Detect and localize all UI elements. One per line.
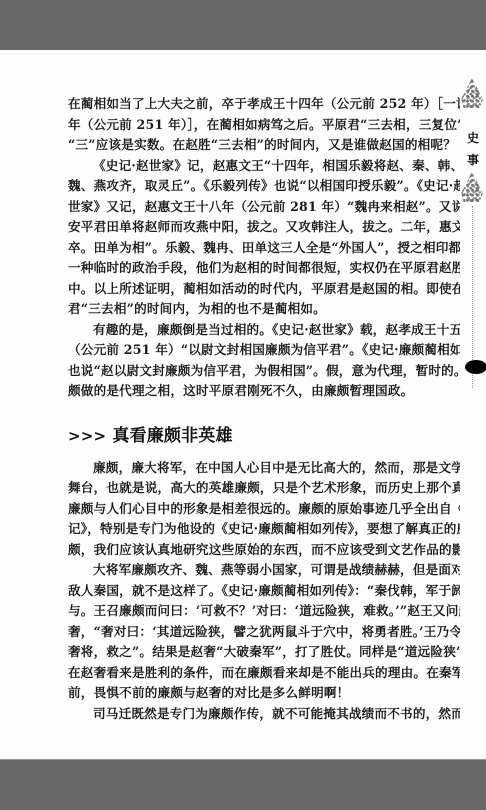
text-line: 一种临时的政治手段，他们为赵相的时间都很短，实权仍在平原君赵胜的手 [68, 258, 460, 279]
paragraph: 有趣的是，廉颇倒是当过相的。《史记·赵世家》载，赵孝成王十五年 （公元前 251… [68, 320, 460, 402]
text-line: 卒。田单为相”。乐毅、魏冉、田单这三人全是“外国人”，授之相印都是 [68, 238, 460, 259]
text-line: 廉颇与人们心目中的形象是相差很远的。廉颇的原始事迹几乎全出自《史 [68, 499, 460, 520]
text-line: 中。以上所述证明，蔺相如活动的时代内，平原君是赵国的相。即使在平原 [68, 279, 460, 300]
text-line: 敌人秦国，就不是这样了。《史记·廉颇蔺相如列传》：“秦伐韩，军于阏 [68, 581, 460, 602]
paragraph: 司马迁既然是专门为廉颇作传，就不可能掩其战绩而不书的，然而，记 [68, 704, 460, 725]
text-line: 在蔺相如当了上大夫之前，卒于孝成王十四年（公元前 252 年）［一说十五 [68, 94, 460, 115]
book-page[interactable]: 在蔺相如当了上大夫之前，卒于孝成王十四年（公元前 252 年）［一说十五 年（公… [0, 50, 486, 759]
text-line: 魏、燕攻齐，取灵丘”。《乐毅列传》也说“以相国印授乐毅”。《史记·赵 [68, 176, 460, 197]
flower-ornament-icon [460, 78, 484, 108]
text-line: “三”应该是实数。在赵胜“三去相”的时间内，又是谁做赵国的相呢？ [68, 135, 460, 156]
paragraph: 《史记·赵世家》记，赵惠文王“十四年，相国乐毅将赵、秦、韩、 魏、燕攻齐，取灵丘… [68, 156, 460, 320]
text-line: 在赵奢看来是胜利的条件，而在廉颇看来却是不能出兵的理由。在秦军面 [68, 663, 460, 684]
paragraph: 大将军廉颇攻齐、魏、燕等弱小国家，可谓是战绩赫赫，但是面对主要 敌人秦国，就不是… [68, 560, 460, 704]
section-heading-text: 真看廉颇非英雄 [112, 426, 232, 446]
paragraph: 廉颇，廉大将军，在中国人心目中是无比高大的，然而，那是文学，是 舞台，也就是说，… [68, 458, 460, 561]
text-line: 颇做的是代理之相，这时平原君刚死不久，由廉颇暂理国政。 [68, 381, 460, 402]
black-ellipse-marker-icon [465, 360, 486, 374]
viewer-bottom-bar [0, 759, 486, 810]
text-line: 有趣的是，廉颇倒是当过相的。《史记·赵世家》载，赵孝成王十五年 [68, 320, 460, 341]
section-heading: >>>真看廉颇非英雄 [68, 424, 460, 448]
text-line: 年（公元前 251 年）］，在蔺相如病笃之后。平原君“三去相，三复位”的 [68, 115, 460, 136]
side-label-char: 史 [463, 128, 483, 148]
text-line: 前，畏惧不前的廉颇与赵奢的对比是多么鲜明啊！ [68, 683, 460, 704]
paragraph: 在蔺相如当了上大夫之前，卒于孝成王十四年（公元前 252 年）［一说十五 年（公… [68, 94, 460, 156]
text-line: 舞台，也就是说，高大的英雄廉颇，只是个艺术形象，而历史上那个真实的 [68, 478, 460, 499]
text-line: 大将军廉颇攻齐、魏、燕等弱小国家，可谓是战绩赫赫，但是面对主要 [68, 560, 460, 581]
text-line: 记》，特别是专门为他设的《史记·廉颇蔺相如列传》，要想了解真正的廉 [68, 519, 460, 540]
text-line: 廉颇，廉大将军，在中国人心目中是无比高大的，然而，那是文学，是 [68, 458, 460, 479]
text-line: 司马迁既然是专门为廉颇作传，就不可能掩其战绩而不书的，然而，记 [68, 704, 460, 725]
text-line: 奢，“奢对曰：‘其道远险狭，譬之犹两鼠斗于穴中，将勇者胜。’王乃令赵 [68, 622, 460, 643]
text-line: 颇，我们应该认真地研究这些原始的东西，而不应该受到文艺作品的影响。 [68, 540, 460, 561]
text-line: 奢将，救之”。结果是赵奢“大破秦军”，打了胜仗。同样是“道远险狭”， [68, 642, 460, 663]
text-line: 也说“赵以尉文封廉颇为信平君，为假相国”。假，意为代理，暂时的。廉 [68, 361, 460, 382]
side-chapter-marker: 史 事 [454, 50, 486, 410]
text-line: 君“三去相”的时间内，为相的也不是蔺相如。 [68, 299, 460, 320]
text-line: 安平君田单将赵师而攻燕中阳，拔之。又攻韩注人，拔之。二年，惠文后 [68, 217, 460, 238]
text-line: （公元前 251 年）“以尉文封相国廉颇为信平君”。《史记·廉颇蔺相如列传》 [68, 340, 460, 361]
page-text-column: 在蔺相如当了上大夫之前，卒于孝成王十四年（公元前 252 年）［一说十五 年（公… [68, 94, 460, 724]
text-line: 世家》又记，赵惠文王十八年（公元前 281 年）“魏冉来相赵”。又说“齐 [68, 197, 460, 218]
heading-arrows-icon: >>> [68, 427, 106, 445]
flower-ornament-icon [460, 172, 484, 202]
side-label-char: 事 [463, 150, 483, 170]
viewer-top-bar [0, 0, 486, 50]
text-line: 与。王召廉颇而问曰：‘可救不？’对曰：‘道远险狭，难救。’”赵王又问赵 [68, 601, 460, 622]
text-line: 《史记·赵世家》记，赵惠文王“十四年，相国乐毅将赵、秦、韩、 [68, 156, 460, 177]
